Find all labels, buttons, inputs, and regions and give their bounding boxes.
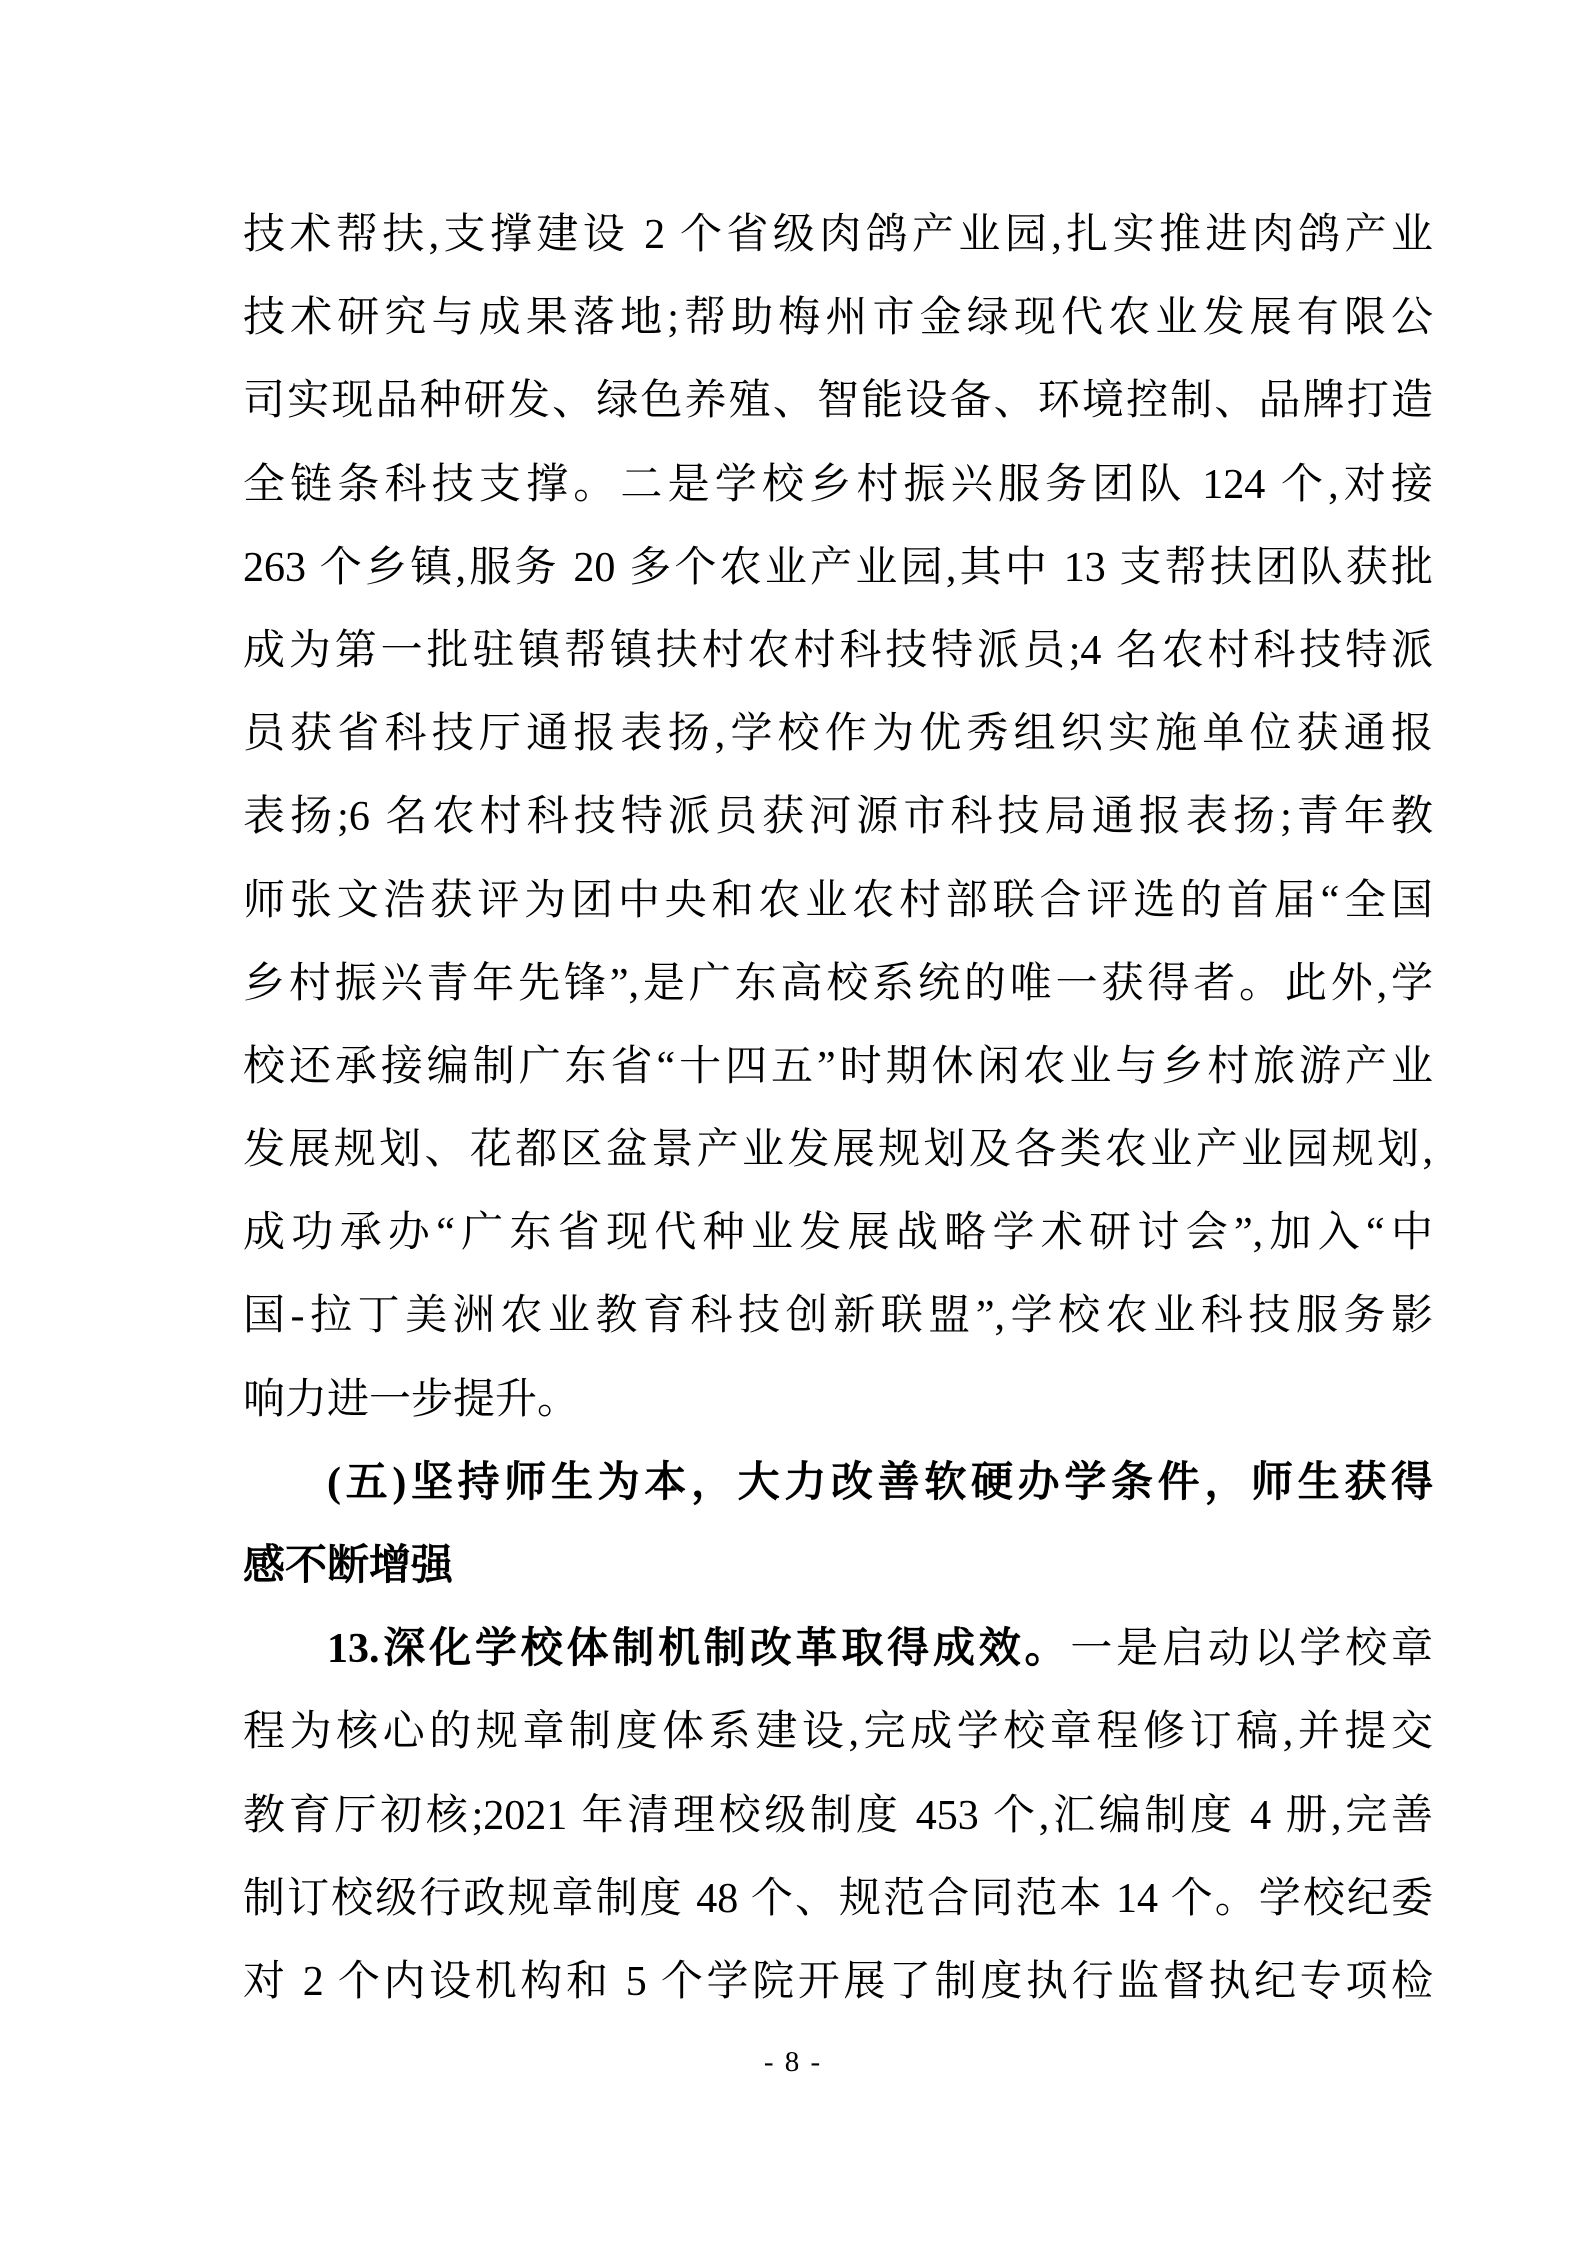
text-line: 教育厅初核;2021 年清理校级制度 453 个,汇编制度 4 册,完善 [243, 1775, 1433, 1858]
text-run: 技术研究与成果落地;帮助梅州市金绿现代农业发展有限公 [243, 295, 1433, 341]
text-run: 员获省科技厅通报表扬,学校作为优秀组织实施单位获通报 [243, 711, 1433, 757]
text-line: 师张文浩获评为团中央和农业农村部联合评选的首届“全国 [243, 860, 1433, 943]
text-line: 国-拉丁美洲农业教育科技创新联盟”,学校农业科技服务影 [243, 1275, 1433, 1358]
text-line: 263 个乡镇,服务 20 多个农业产业园,其中 13 支帮扶团队获批 [243, 527, 1433, 610]
heading-section-5-teachers-students: (五)坚持师生为本，大力改善软硬办学条件，师生获得感不断增强 [243, 1442, 1433, 1608]
text-run: 发展规划、花都区盆景产业发展规划及各类农业产业园规划, [243, 1127, 1433, 1173]
text-line: 表扬;6 名农村科技特派员获河源市科技局通报表扬;青年教 [243, 776, 1433, 859]
text-line: 司实现品种研发、绿色养殖、智能设备、环境控制、品牌打造 [243, 360, 1433, 443]
document-page: 技术帮扶,支撑建设 2 个省级肉鸽产业园,扎实推进肉鸽产业技术研究与成果落地;帮… [0, 0, 1586, 2245]
text-line: 感不断增强 [243, 1525, 1433, 1608]
text-line: 员获省科技厅通报表扬,学校作为优秀组织实施单位获通报 [243, 693, 1433, 776]
text-run: 程为核心的规章制度体系建设,完成学校章程修订稿,并提交 [243, 1709, 1433, 1755]
text-run: 263 个乡镇,服务 20 多个农业产业园,其中 13 支帮扶团队获批 [243, 545, 1433, 591]
text-run: 对 2 个内设机构和 5 个学院开展了制度执行监督执纪专项检 [243, 1959, 1433, 2005]
text-run: 表扬;6 名农村科技特派员获河源市科技局通报表扬;青年教 [243, 794, 1433, 840]
text-run: 技术帮扶,支撑建设 2 个省级肉鸽产业园,扎实推进肉鸽产业 [243, 212, 1433, 258]
text-run: 教育厅初核;2021 年清理校级制度 453 个,汇编制度 4 册,完善 [243, 1793, 1433, 1839]
text-run: 响力进一步提升。 [243, 1377, 579, 1423]
text-run: 一是启动以学校章 [1070, 1626, 1433, 1672]
text-run: 国-拉丁美洲农业教育科技创新联盟”,学校农业科技服务影 [243, 1293, 1433, 1339]
document-body: 技术帮扶,支撑建设 2 个省级肉鸽产业园,扎实推进肉鸽产业技术研究与成果落地;帮… [243, 194, 1433, 2024]
text-run: 制订校级行政规章制度 48 个、规范合同范本 14 个。学校纪委 [243, 1876, 1433, 1922]
text-run: 乡村振兴青年先锋”,是广东高校系统的唯一获得者。此外,学 [243, 961, 1433, 1007]
text-line: (五)坚持师生为本，大力改善软硬办学条件，师生获得 [243, 1442, 1433, 1525]
text-run: 师张文浩获评为团中央和农业农村部联合评选的首届“全国 [243, 878, 1433, 924]
text-run: (五)坚持师生为本，大力改善软硬办学条件，师生获得 [327, 1460, 1433, 1506]
text-line: 成功承办“广东省现代种业发展战略学术研讨会”,加入“中 [243, 1192, 1433, 1275]
text-run: 感不断增强 [243, 1543, 453, 1589]
text-line: 技术帮扶,支撑建设 2 个省级肉鸽产业园,扎实推进肉鸽产业 [243, 194, 1433, 277]
text-line: 成为第一批驻镇帮镇扶村农村科技特派员;4 名农村科技特派 [243, 610, 1433, 693]
text-line: 技术研究与成果落地;帮助梅州市金绿现代农业发展有限公 [243, 277, 1433, 360]
text-run: 成为第一批驻镇帮镇扶村农村科技特派员;4 名农村科技特派 [243, 628, 1433, 674]
text-line: 全链条科技支撑。二是学校乡村振兴服务团队 124 个,对接 [243, 444, 1433, 527]
text-line: 发展规划、花都区盆景产业发展规划及各类农业产业园规划, [243, 1109, 1433, 1192]
text-run: 全链条科技支撑。二是学校乡村振兴服务团队 124 个,对接 [243, 462, 1433, 508]
text-line: 13.深化学校体制机制改革取得成效。一是启动以学校章 [243, 1608, 1433, 1691]
page-number: - 8 - [0, 2042, 1586, 2082]
text-run: 校还承接编制广东省“十四五”时期休闲农业与乡村旅游产业 [243, 1044, 1433, 1090]
paragraph-13-system-reform: 13.深化学校体制机制改革取得成效。一是启动以学校章程为核心的规章制度体系建设,… [243, 1608, 1433, 2024]
text-line: 响力进一步提升。 [243, 1359, 1433, 1442]
text-run: 13.深化学校体制机制改革取得成效。 [327, 1626, 1070, 1672]
text-line: 制订校级行政规章制度 48 个、规范合同范本 14 个。学校纪委 [243, 1858, 1433, 1941]
text-line: 校还承接编制广东省“十四五”时期休闲农业与乡村旅游产业 [243, 1026, 1433, 1109]
text-line: 程为核心的规章制度体系建设,完成学校章程修订稿,并提交 [243, 1691, 1433, 1774]
text-run: 成功承办“广东省现代种业发展战略学术研讨会”,加入“中 [243, 1210, 1433, 1256]
text-line: 乡村振兴青年先锋”,是广东高校系统的唯一获得者。此外,学 [243, 943, 1433, 1026]
text-line: 对 2 个内设机构和 5 个学院开展了制度执行监督执纪专项检 [243, 1941, 1433, 2024]
paragraph-agri-tech-service-continued: 技术帮扶,支撑建设 2 个省级肉鸽产业园,扎实推进肉鸽产业技术研究与成果落地;帮… [243, 194, 1433, 1442]
text-run: 司实现品种研发、绿色养殖、智能设备、环境控制、品牌打造 [243, 378, 1433, 424]
